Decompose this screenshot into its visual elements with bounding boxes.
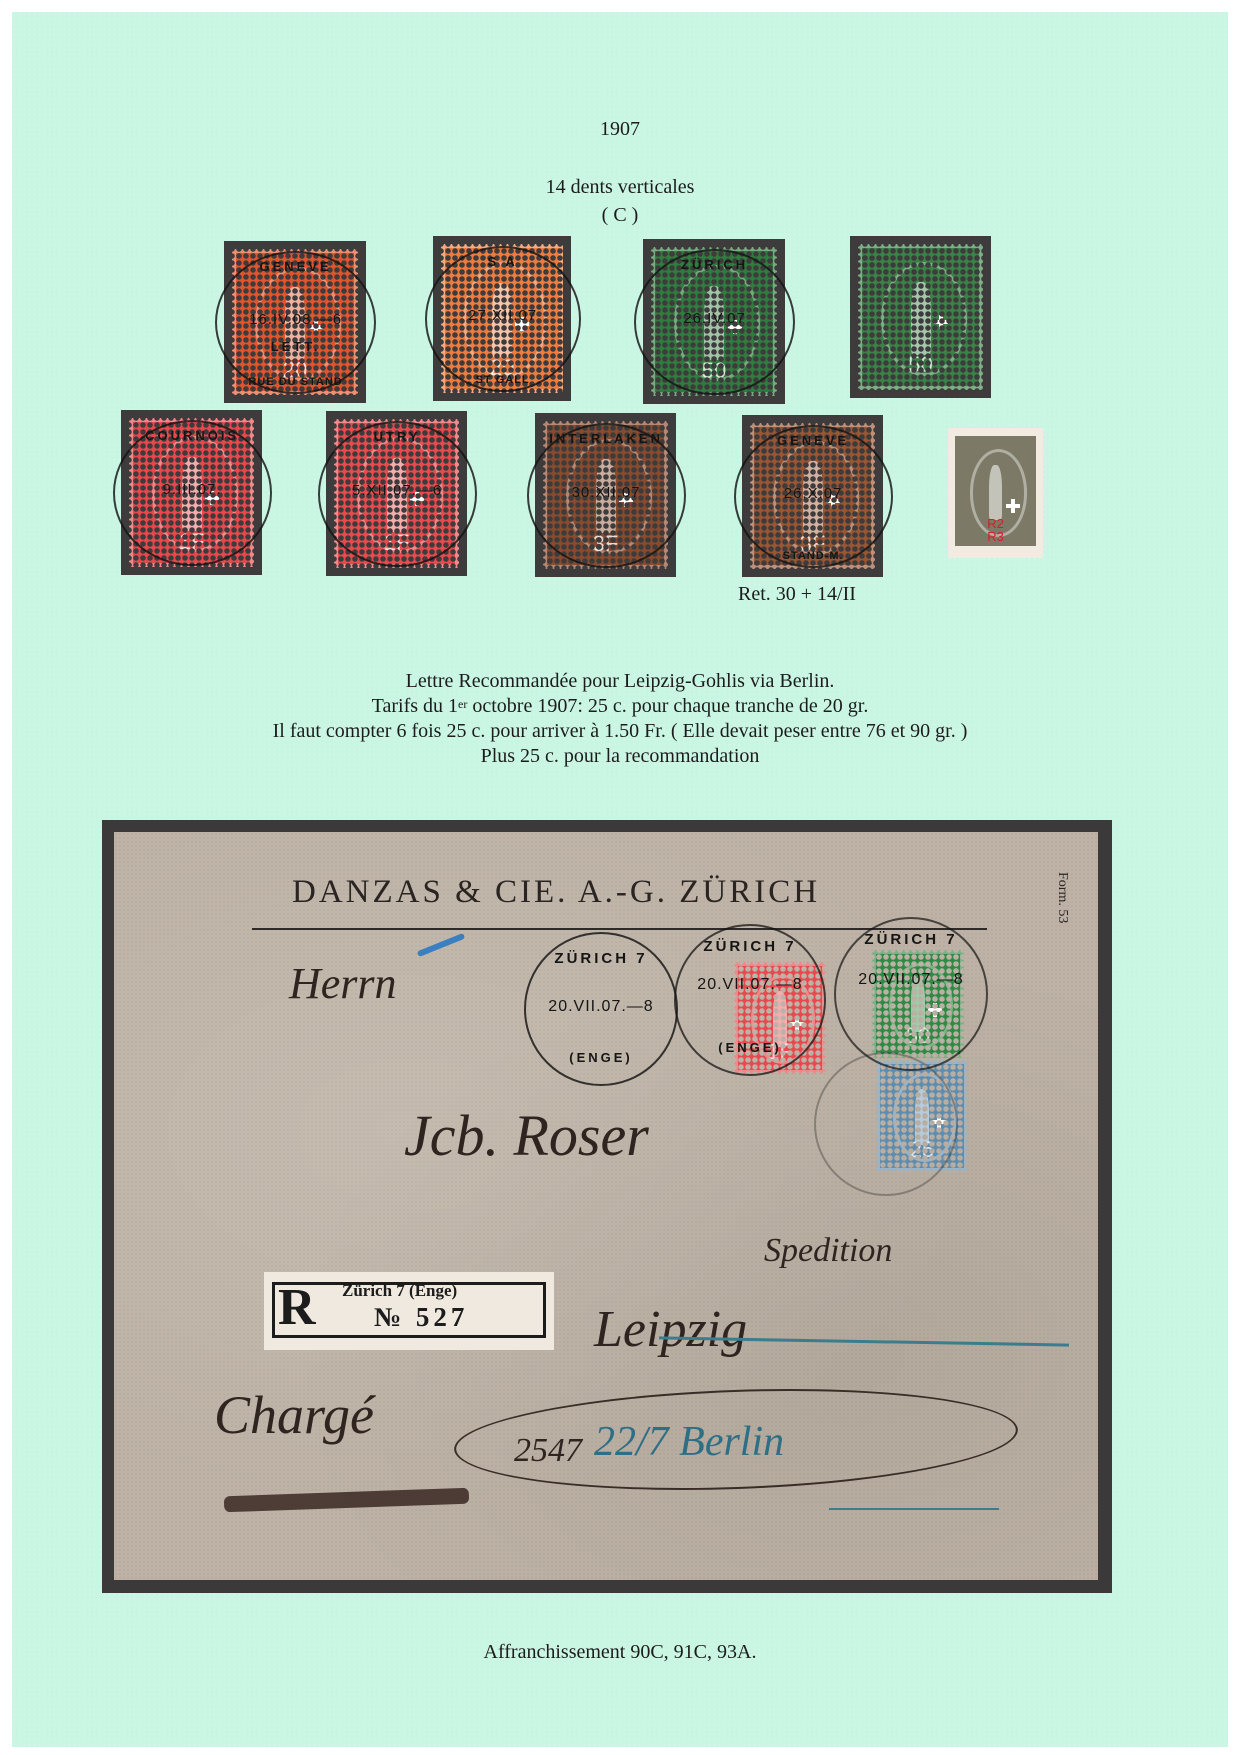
- handwriting-city-struck: Leipzig: [594, 1300, 747, 1359]
- stamp-essay-proof: R2 R3: [948, 428, 1043, 558]
- essay-design: R2 R3: [955, 436, 1036, 546]
- stamp-mount: 50 ZÜRICH26.IV.07: [643, 239, 785, 404]
- postmark: INTERLAKEN30.XII.07: [527, 423, 686, 568]
- postmark: UTRY5.XII.07.—6: [318, 421, 477, 567]
- postmark: GENEVE16.IV.08.—6LETT.RUE DU STAND: [215, 251, 375, 394]
- ink-smudge: [224, 1488, 469, 1513]
- description-line: Il faut compter 6 fois 25 c. pour arrive…: [0, 719, 1240, 744]
- stamp-mount: 1F COURNOIS9.III.07.: [121, 410, 262, 575]
- stamp-50c-green: 50: [858, 244, 983, 390]
- stamp-mount: 50: [850, 236, 991, 398]
- handwriting-charge: Chargé: [214, 1384, 374, 1446]
- cover-description: Lettre Recommandée pour Leipzig-Gohlis v…: [0, 669, 1240, 769]
- stamp-value: 50: [858, 352, 983, 378]
- handwriting-addressee: Jcb. Roser: [404, 1102, 649, 1169]
- form-mark: Form. 53: [1054, 872, 1070, 923]
- firm-heading: DANZAS & CIE. A.-G. ZÜRICH: [292, 874, 820, 911]
- registration-label: R Zürich 7 (Enge) № 527: [264, 1272, 554, 1350]
- page-year: 1907: [0, 117, 1240, 141]
- stamp-mount: 20 S A27.XII.07ST GALL: [433, 236, 571, 401]
- page-subtitle: 14 dents verticales: [0, 175, 1240, 199]
- cover-caption: Affranchissement 90C, 91C, 93A.: [0, 1640, 1240, 1664]
- postmark: COURNOIS9.III.07.: [113, 420, 272, 566]
- postmark: S A27.XII.07ST GALL: [425, 246, 581, 392]
- stamp-mount: 20 GENEVE16.IV.08.—6LETT.RUE DU STAND: [224, 241, 366, 403]
- description-line: Lettre Recommandée pour Leipzig-Gohlis v…: [0, 669, 1240, 694]
- handwriting-route-note: 22/7 Berlin: [594, 1418, 784, 1466]
- stamp-mount: 3F INTERLAKEN30.XII.07: [535, 413, 676, 577]
- handwriting-number: 2547: [514, 1432, 582, 1470]
- blue-underline: [829, 1508, 999, 1510]
- postmark: ZÜRICH26.IV.07: [634, 249, 794, 395]
- cover-mount: DANZAS & CIE. A.-G. ZÜRICH Form. 53 ZÜRI…: [102, 820, 1112, 1593]
- handwriting-trade: Spedition: [764, 1232, 892, 1270]
- stamp-mount: 1F UTRY5.XII.07.—6: [326, 411, 467, 576]
- description-line: Tarifs du 1er octobre 1907: 25 c. pour c…: [0, 694, 1240, 719]
- essay-overprint: R2 R3: [955, 517, 1036, 543]
- handwriting-salutation: Herrn: [289, 958, 397, 1009]
- postmark-zurich-7: ZÜRICH 7 20.VII.07.—8: [834, 917, 988, 1071]
- description-line: Plus 25 c. pour la recommandation: [0, 744, 1240, 769]
- postmark-zurich-7: ZÜRICH 7 20.VII.07.—8 (ENGE): [524, 932, 678, 1086]
- postmark-zurich-7: ZÜRICH 7 20.VII.07.—8 (ENGE): [674, 924, 826, 1076]
- postmark-partial: [814, 1052, 958, 1196]
- registration-letter: R: [278, 1278, 316, 1337]
- registered-cover: DANZAS & CIE. A.-G. ZÜRICH Form. 53 ZÜRI…: [114, 832, 1098, 1580]
- essay-caption: Ret. 30 + 14/II: [738, 583, 856, 606]
- registration-office: Zürich 7 (Enge): [342, 1281, 457, 1301]
- swiss-cross-icon: [933, 314, 949, 330]
- registration-number: № 527: [374, 1302, 468, 1333]
- stamp-mount: 3F GENEVE26.X.07STAND-M.: [742, 415, 883, 577]
- postmark: GENEVE26.X.07STAND-M.: [734, 425, 893, 568]
- blue-crayon-mark: [417, 933, 466, 957]
- page-subtitle-code: ( C ): [0, 203, 1240, 227]
- swiss-cross-icon: [1005, 498, 1021, 514]
